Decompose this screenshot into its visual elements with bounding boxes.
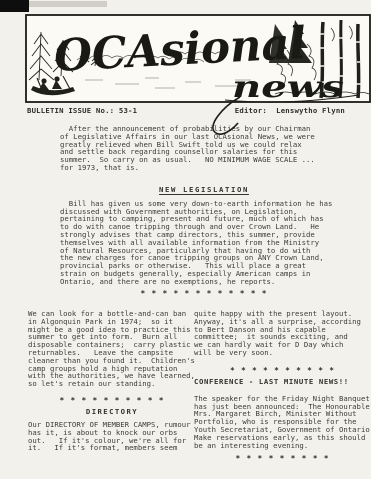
main-text-block: After the announcement of probabilities …	[60, 125, 348, 298]
bulletin-editor-label: Editor: Lenswytho Flynn	[235, 106, 345, 115]
new-legislation-heading: NEW LEGISLATION	[60, 185, 348, 194]
right-column: quite happy with the present layout. Any…	[194, 310, 371, 463]
section-separator: * * * * * * * * * *	[28, 396, 196, 405]
layout-paragraph: quite happy with the present layout. Any…	[194, 310, 371, 357]
bottle-ban-paragraph: We can look for a bottle-and-can ban in …	[28, 310, 196, 388]
section-separator: * * * * * * * * * *	[194, 366, 371, 375]
page: { "masthead": { "title_script": "OCAsion…	[0, 0, 371, 479]
left-column: We can look for a bottle-and-can ban in …	[28, 310, 196, 452]
conference-heading: CONFERENCE - LAST MINUTE NEWS!!	[194, 377, 371, 386]
directory-paragraph: Our DIRECTORY OF MEMBER CAMPS, rumour ha…	[28, 421, 196, 452]
bulletin-bar: BULLETIN ISSUE No.: 53-1 Editor: Lenswyt…	[25, 103, 371, 118]
masthead-title-news: news	[232, 70, 344, 103]
new-legislation-paragraph: Bill has given us some very down-to-eart…	[60, 200, 348, 286]
intro-paragraph: After the announcement of probabilities …	[60, 125, 348, 172]
section-separator: * * * * * * * * * * * *	[60, 289, 348, 298]
conference-paragraph: The speaker for the Friday Night Banquet…	[194, 395, 371, 450]
scan-artifact-corner	[0, 0, 29, 12]
masthead-illustration: OCAsional news	[25, 14, 371, 103]
section-separator: * * * * * * * * *	[194, 454, 371, 463]
lake-scene: OCAsional news	[25, 14, 371, 103]
directory-heading: DIRECTORY	[28, 407, 196, 416]
bulletin-issue-label: BULLETIN ISSUE No.: 53-1	[27, 106, 137, 115]
scan-artifact-smudge	[29, 1, 107, 7]
